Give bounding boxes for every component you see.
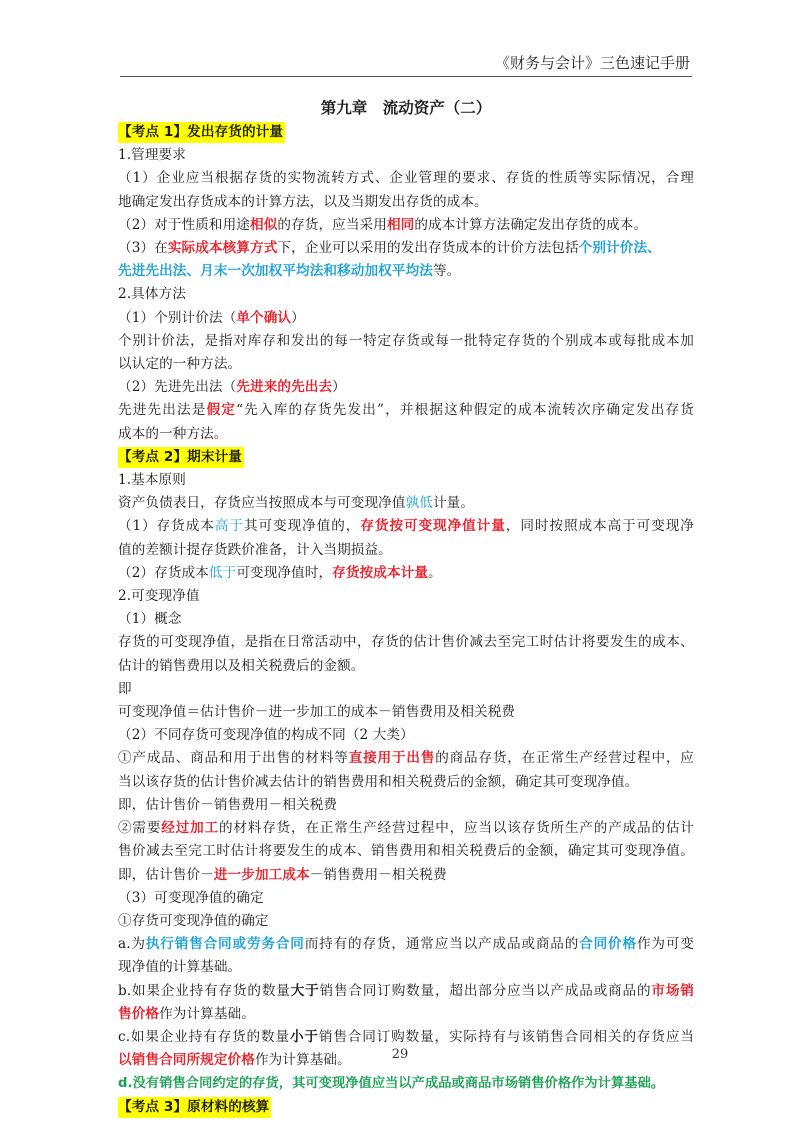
paragraph: 以认定的一种方法。	[118, 353, 694, 376]
emphasis-red: 假定	[207, 402, 237, 418]
text: －销售费用－相关税费	[310, 867, 447, 883]
emphasis-blue: 个别计价法、	[579, 240, 661, 256]
emphasis-red: 相同	[387, 217, 414, 233]
paragraph: b.如果企业持有存货的数量大于销售合同订购数量，超出部分应当以产成品或商品的市场…	[118, 980, 694, 1003]
subheading: ①存货可变现净值的确定	[118, 910, 694, 933]
paragraph: 先进先出法、月末一次加权平均法和移动加权平均法等。	[118, 260, 694, 283]
subheading: （2）不同存货可变现净值的构成不同（2 大类）	[118, 724, 694, 747]
emphasis-blue: 执行销售合同或劳务合同	[146, 936, 305, 952]
text: a.为	[118, 936, 146, 952]
text: 等。	[433, 263, 460, 279]
paragraph: 值的差额计提存货跌价准备，计入当期损益。	[118, 539, 694, 562]
paragraph: 地确定发出存货成本的计算方法，以及当期发出存货的成本。	[118, 191, 694, 214]
emphasis-blue: 合同价格	[579, 936, 637, 952]
formula: 可变现净值＝估计售价－进一步加工的成本－销售费用及相关税费	[118, 701, 694, 724]
text: 销售合同订购数量，实际持有与该销售合同相关的存货应当	[319, 1029, 694, 1045]
text: 计量。	[433, 495, 474, 511]
page-content: 第九章 流动资产（二） 【考点 1】发出存货的计量 1.管理要求 （1）企业应当…	[118, 95, 694, 1119]
paragraph: 个别计价法，是指对库存和发出的每一特定存货或每一批特定存货的个别成本或每批成本加	[118, 330, 694, 353]
text: 其可变现净值的，	[244, 518, 360, 534]
text: 的材料存货，在正常生产经营过程中，应当以该存货所生产的产成品的估计	[219, 820, 694, 836]
chapter-title: 第九章 流动资产（二）	[118, 95, 694, 121]
heading: 1.基本原则	[118, 469, 694, 492]
emphasis-red: 直接用于出售	[349, 750, 436, 766]
text: b.如果企业持有存货的数量	[118, 983, 291, 999]
text: 的成本计算方法确定发出存货的成本。	[414, 217, 647, 233]
text: 销售合同订购数量，超出部分应当以产成品或商品的	[320, 983, 652, 999]
text: ①产成品、商品和用于出售的材料等	[118, 750, 349, 766]
text: （2）存货成本	[118, 565, 209, 581]
text: 。	[428, 565, 442, 581]
text: 即，估计售价－	[118, 867, 214, 883]
text: （1）个别计价法（	[118, 310, 236, 326]
formula: 即，估计售价－进一步加工成本－销售费用－相关税费	[118, 864, 694, 887]
text: 的商品存货，在正常生产经营过程中，应	[435, 750, 694, 766]
emphasis-bold: 小于	[290, 1029, 319, 1045]
text: （2）对于性质和用途	[118, 217, 250, 233]
subheading: （1）概念	[118, 608, 694, 631]
paragraph: （3）在实际成本核算方式下，企业可以采用的发出存货成本的计价方法包括个别计价法、	[118, 237, 694, 260]
paragraph: 存货的可变现净值，是指在日常活动中，存货的估计售价减去至完工时估计将要发生的成本…	[118, 631, 694, 654]
key-point-label: 【考点 1】发出存货的计量	[118, 122, 285, 143]
emphasis-red: 存货按可变现净值计量	[360, 518, 505, 534]
paragraph: ②需要经过加工的材料存货，在正常生产经营过程中，应当以该存货所生产的产成品的估计	[118, 817, 694, 840]
emphasis-red: 经过加工	[161, 820, 219, 836]
emphasis-blue: 孰低	[406, 495, 433, 511]
emphasis-red: 售价格	[118, 1006, 159, 1022]
subheading: （3）可变现净值的确定	[118, 887, 694, 910]
page-number: 29	[0, 1047, 800, 1062]
paragraph: （1）个别计价法（单个确认）	[118, 307, 694, 330]
text: 下，企业可以采用的发出存货成本的计价方法包括	[277, 240, 578, 256]
paragraph: 先进先出法是假定“先入库的存货先发出”，并根据这种假定的成本流转次序确定发出存货	[118, 399, 694, 422]
section-kd1: 【考点 1】发出存货的计量	[118, 121, 694, 144]
paragraph: （2）先进先出法（先进来的先出去）	[118, 376, 694, 399]
emphasis-red: 存货按成本计量	[332, 565, 428, 581]
emphasis-bold: 大于	[291, 983, 320, 999]
text: ）	[332, 379, 346, 395]
text: （3）在	[118, 240, 168, 256]
text: 作为可变	[637, 936, 694, 952]
text: “先入库的存货先发出”，并根据这种假定的成本流转次序确定发出存货	[236, 402, 694, 418]
paragraph: 现净值的计算基础。	[118, 956, 694, 979]
paragraph: （1）存货成本高于其可变现净值的，存货按可变现净值计量，同时按照成本高于可变现净	[118, 515, 694, 538]
text: ②需要	[118, 820, 161, 836]
paragraph-green: d.没有销售合同约定的存货，其可变现净值应当以产成品或商品市场销售价格作为计算基…	[118, 1072, 694, 1095]
paragraph: a.为执行销售合同或劳务合同而持有的存货，通常应当以产成品或商品的合同价格作为可…	[118, 933, 694, 956]
heading: 1.管理要求	[118, 144, 694, 167]
emphasis-blue: 先进先出法、月末一次加权平均法和移动加权平均法	[118, 263, 433, 279]
text: ，同时按照成本高于可变现净	[506, 518, 694, 534]
emphasis-red: 进一步加工成本	[214, 867, 310, 883]
heading: 2.具体方法	[118, 283, 694, 306]
text: c.如果企业持有存货的数量	[118, 1029, 290, 1045]
text: 先进先出法是	[118, 402, 207, 418]
text: 的存货，应当采用	[277, 217, 387, 233]
text: 而持有的存货，通常应当以产成品或商品的	[305, 936, 579, 952]
heading: 2.可变现净值	[118, 585, 694, 608]
paragraph: 资产负债表日，存货应当按照成本与可变现净值孰低计量。	[118, 492, 694, 515]
emphasis-red: 实际成本核算方式	[168, 240, 278, 256]
emphasis-red: 单个确认	[236, 310, 291, 326]
paragraph: 售价格作为计算基础。	[118, 1003, 694, 1026]
emphasis-red: 相似	[250, 217, 277, 233]
emphasis-blue: 高于	[215, 518, 244, 534]
paragraph: （2）对于性质和用途相似的存货，应当采用相同的成本计算方法确定发出存货的成本。	[118, 214, 694, 237]
book-title: 《财务与会计》三色速记手册	[495, 52, 690, 73]
paragraph: c.如果企业持有存货的数量小于销售合同订购数量，实际持有与该销售合同相关的存货应…	[118, 1026, 694, 1049]
text: ）	[291, 310, 305, 326]
paragraph: （1）企业应当根据存货的实物流转方式、企业管理的要求、存货的性质等实际情况，合理	[118, 167, 694, 190]
text: 资产负债表日，存货应当按照成本与可变现净值	[118, 495, 406, 511]
paragraph: 成本的一种方法。	[118, 423, 694, 446]
formula: 即，估计售价－销售费用－相关税费	[118, 794, 694, 817]
paragraph: 即	[118, 678, 694, 701]
paragraph: 估计的销售费用以及相关税费后的金额。	[118, 655, 694, 678]
text: 可变现净值时，	[236, 565, 332, 581]
text: （1）存货成本	[118, 518, 215, 534]
section-kd3: 【考点 3】原材料的核算	[118, 1096, 694, 1119]
text: 作为计算基础。	[159, 1006, 255, 1022]
text: （2）先进先出法（	[118, 379, 236, 395]
paragraph: 售价减去至完工时估计将要发生的成本、销售费用和相关税费后的金额，确定其可变现净值…	[118, 840, 694, 863]
section-kd2: 【考点 2】期末计量	[118, 446, 694, 469]
emphasis-blue: 低于	[209, 565, 236, 581]
paragraph: 当以该存货的估计售价减去估计的销售费用和相关税费后的金额，确定其可变现净值。	[118, 771, 694, 794]
emphasis-red: 市场销	[651, 983, 694, 999]
page-header: 《财务与会计》三色速记手册	[120, 52, 692, 77]
paragraph: ①产成品、商品和用于出售的材料等直接用于出售的商品存货，在正常生产经营过程中，应	[118, 747, 694, 770]
key-point-label: 【考点 3】原材料的核算	[118, 1097, 271, 1118]
key-point-label: 【考点 2】期末计量	[118, 447, 244, 468]
emphasis-red: 先进来的先出去	[236, 379, 332, 395]
paragraph: （2）存货成本低于可变现净值时，存货按成本计量。	[118, 562, 694, 585]
